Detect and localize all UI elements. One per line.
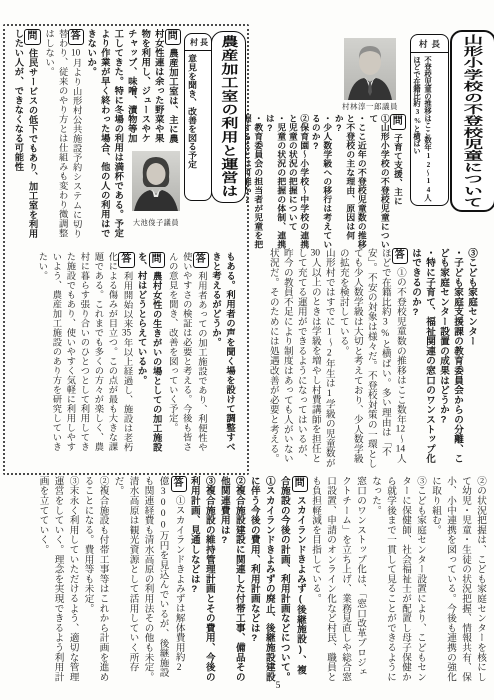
qa-paragraph: ・子ども家庭支援課の教育委員会からの分離、こども家庭センター設置の成果はどうか?: [436, 248, 464, 472]
school-answer-band: ③こども家庭センター・子ども家庭支援課の教育委員会からの分離、こども家庭センター…: [236, 248, 478, 472]
answer-marker: 答: [171, 476, 187, 492]
tatechuyoko-number: 30: [310, 248, 321, 258]
qa-paragraph: ③こども家庭センター: [464, 248, 478, 472]
qa-paragraph: ③複合施設の維持管理計画とその費用、今後の利用計画、見通しなどは?: [187, 476, 217, 683]
qa-paragraph-lead: 答利用者あっての加工施設であり、利便性や使いやすさの検証は必要と考える。今後も皆…: [165, 252, 209, 460]
answer-marker: 答: [193, 252, 209, 268]
answer-marker: 答: [68, 29, 84, 45]
qa-paragraph: ・児童の状況の把握の体制、連携は?: [263, 114, 286, 252]
qa-paragraph: ①スカイランドきよみずの廃止、後継施設建設に伴う今後の費用、利用計画などは?: [247, 476, 277, 683]
question-marker: 問: [24, 29, 40, 45]
kakou-article-title: 農産加工室の利用と運営は: [216, 35, 242, 198]
qa-paragraph-lead: 答10月より山形村公共施設予約システムに切り替わり、従来のやり方とは仕組みも変わ…: [41, 29, 84, 241]
tatechuyoko-number: 12: [395, 424, 406, 434]
portrait-woman-icon: [132, 151, 180, 211]
kakou-article-title-box: 農産加工室の利用と運営は: [211, 31, 246, 203]
question-marker: 問: [149, 252, 165, 268]
school-article-title-box: 山形小学校の不登校児童について: [450, 30, 494, 212]
qa-paragraph-lead: 答利用開始以来35年以上経過し、施設は老朽化による傷みが目立つ。この点が最も大き…: [34, 252, 134, 460]
member-photo-caption-murabayashi: 村林淳一郎議員: [334, 101, 406, 112]
qa-paragraph: ③末永く利用していただけるよう、適切な管理運営をしていく。理念を実現できるよう利…: [36, 476, 81, 683]
tatechuyoko-number: 14: [395, 444, 406, 454]
school-responder-summary: 不登校児童の推移はここ数年12〜14人ほどで在籍比約3%と横ばい: [411, 53, 436, 206]
qa-paragraph: ②の状況把握は、こども家庭センターを核にして幼児・児童・生徒の状況把握、情報共有…: [428, 476, 488, 683]
qa-paragraph-lead: 問住民サービスの低下でもあり、加工室を利用したい人が、できなくなる可能性: [11, 29, 41, 241]
qa-paragraph: もある。利用者の声を聞く場を設けて調整すべきと考えるがどうか。: [209, 252, 237, 460]
tatechuyoko-number: 10: [71, 49, 81, 58]
qa-paragraph: ②複合施設も付帯工事等はこれから計画を進めることになる。費用等も未定。: [81, 476, 111, 683]
question-marker: 問: [390, 114, 406, 130]
qa-paragraph-lead: 問子育て支援、主に: [390, 114, 406, 252]
qa-paragraph: ・少人数学級への移行は考えているのか?: [309, 114, 332, 252]
answer-marker: 答: [118, 252, 134, 268]
kakou-responder-box: 村長 意見を聞き、改善を図る予定: [184, 33, 212, 201]
school-article-title: 山形小学校の不登校児童について: [460, 34, 487, 208]
school-responder-box: 村長 不登校児童の推移はここ数年12〜14人ほどで在籍比約3%と横ばい: [410, 34, 449, 206]
qa-paragraph: 山形村ではすでに1〜2年生は1学級の児童数が30人以上のときは学級を増やし村費講…: [266, 248, 336, 472]
tatechuyoko-number: 35: [121, 329, 131, 338]
kakou-qa-band2: もある。利用者の声を聞く場を設けて調整すべきと考えるがどうか。答利用者あっての加…: [9, 252, 237, 460]
qa-paragraph: 窓口のワンストップ化は、「窓口改革プロジェクトチーム」を立ち上げ、業務見直しや総…: [308, 476, 368, 683]
school-bottom-band: ②の状況把握は、こども家庭センターを核にして幼児・児童・生徒の状況把握、情報共有…: [6, 476, 488, 683]
kakou-qa-band1: 大池俊子議員 問農産加工室は、主に農村女性連は余った野菜や果物を利用し、ジュース…: [9, 29, 181, 241]
qa-paragraph: ①山形小学校の不登校児童について: [367, 114, 390, 252]
member-photo-oike: 大池俊子議員: [131, 151, 181, 235]
school-question-band: 問子育て支援、主に①山形小学校の不登校児童について・ここ近年の不登校児童数の推移…: [246, 114, 406, 252]
answer-marker: 答: [392, 248, 408, 264]
qa-paragraph-lead: 答①スカイランドきよみずは解体費用約2億3000万円を見込んでいるが、後継施設も…: [111, 476, 187, 683]
qa-paragraph: ②保育園〜小学校〜中学校の連携と児童の状況の把握について: [286, 114, 309, 252]
qa-paragraph: ・ここ近年の不登校児童数の推移と不登校の主な理由、原因は何か?: [332, 114, 367, 252]
qa-paragraph-lead: 問スカイランドきよみず(後継施設)、複合施設の今後の計画、利用計画などについて。: [277, 476, 308, 683]
question-marker: 問: [165, 29, 181, 45]
page-number: 5: [266, 681, 290, 691]
school-responder-label: 村長: [411, 35, 448, 53]
member-photo-caption-oike: 大池俊子議員: [131, 218, 181, 228]
qa-paragraph: ③こども家庭センター設置により、こどもセンターに保健師、社会福祉士が配置し母子保…: [368, 476, 428, 683]
qa-paragraph: ②複合施設建設に関連した付帯工事、備品その他関連費用は?: [217, 476, 247, 683]
portrait-man-icon: [344, 38, 396, 100]
kakou-responder-summary: 意見を聞き、改善を図る予定: [185, 51, 200, 201]
member-photo-murabayashi: [344, 38, 396, 100]
qa-paragraph: ・特に子育て、福祉関連の窓口のワンストップ化はできるのか?: [408, 248, 436, 472]
newsletter-page: 山形小学校の不登校児童について 村長 不登校児童の推移はここ数年12〜14人ほど…: [0, 0, 494, 700]
question-marker: 問: [292, 476, 308, 492]
qa-paragraph-lead: 問農村女性の生きがいの場としての加工施設を、村はどうとらえているか。: [135, 252, 165, 460]
kakou-responder-label: 村長: [185, 34, 211, 51]
qa-paragraph-lead: 答①の不登校児童数の推移はここ数年12〜14人ほどで在籍比約3%と横ばい。多い理…: [336, 248, 408, 472]
